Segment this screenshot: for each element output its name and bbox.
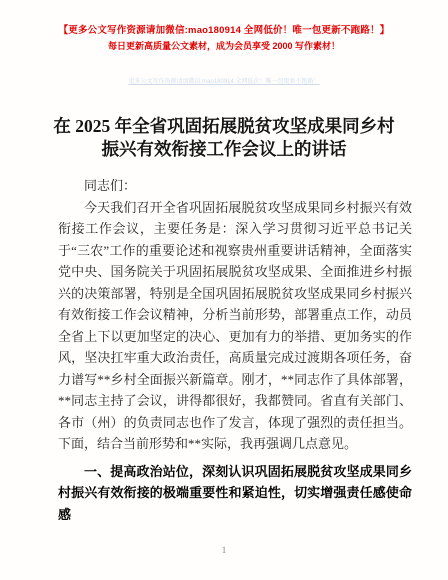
- ad-banner-line-2: 每日更新高质量公文素材，成为会员享受 2000 写作素材！: [0, 40, 448, 52]
- document-body: 同志们： 今天我们召开全省巩固拓展脱贫攻坚成果同乡村振兴有效衔接工作会议，主要任…: [0, 161, 448, 525]
- document-title: 在 2025 年全省巩固拓展脱贫攻坚成果同乡村振兴有效衔接工作会议上的讲话: [51, 115, 397, 161]
- salutation: 同志们：: [58, 175, 412, 197]
- ad-banner: 【更多公文写作资源请加微信:mao180914 全网低价！唯一包更新不跑路！】 …: [0, 0, 448, 88]
- paragraph-opening: 今天我们召开全省巩固拓展脱贫攻坚成果同乡村振兴有效衔接工作会议，主要任务是：深入…: [58, 197, 412, 455]
- page-number: 1: [0, 546, 448, 556]
- section-heading-1: 一、提高政治站位，深刻认识巩固拓展脱贫攻坚成果同乡村振兴有效衔接的极端重要性和紧…: [58, 461, 412, 526]
- ad-faint-link[interactable]: 更多公文写作资源请加微信:mao180914 全网低价！唯一包更新不跑路！: [128, 79, 319, 86]
- ad-banner-line-1: 【更多公文写作资源请加微信:mao180914 全网低价！唯一包更新不跑路！】: [0, 25, 448, 37]
- document-page: 【更多公文写作资源请加微信:mao180914 全网低价！唯一包更新不跑路！】 …: [0, 0, 448, 580]
